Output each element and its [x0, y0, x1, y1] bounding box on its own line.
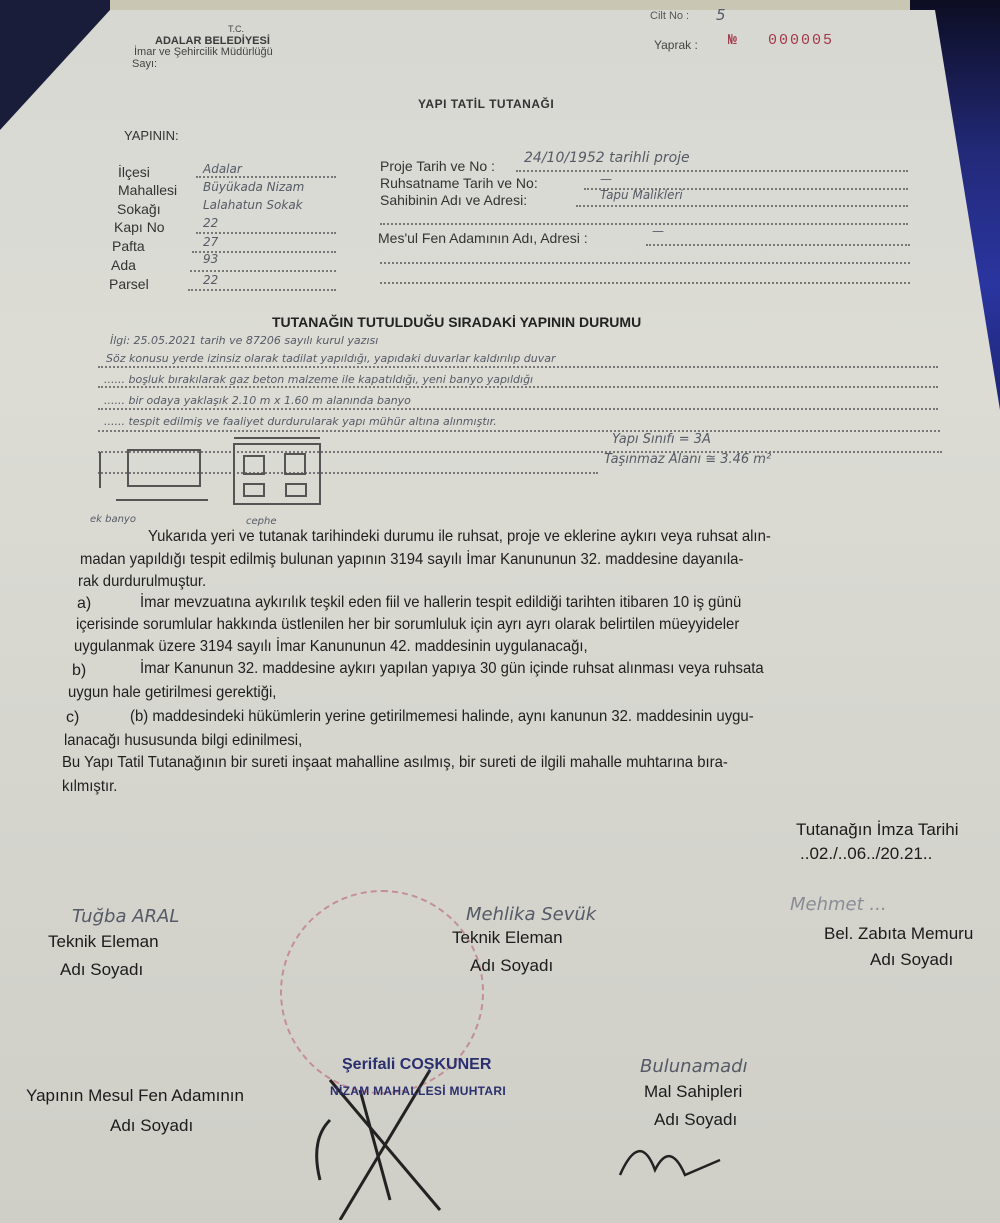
note-line: ...... bir odaya yaklaşık 2.10 m x 1.60 … — [104, 394, 411, 407]
signature-role-2: Teknik Eleman — [452, 928, 563, 948]
owner-signature-scribble — [610, 1120, 730, 1190]
intro-line: madan yapıldığı tespit edilmiş bulunan y… — [80, 551, 743, 569]
stamp-title: NİZAM MAHALLESİ MUHTARI — [330, 1084, 506, 1098]
project-value-license: — — [600, 172, 612, 186]
sketch-label-facade: cephe — [246, 516, 277, 527]
field-value-ilce: Adalar — [203, 162, 242, 176]
item-c-line: lanacağı hususunda bilgi edinilmesi, — [64, 732, 302, 750]
project-label-license: Ruhsatname Tarih ve No: — [380, 175, 538, 191]
field-label-ilce: İlçesi — [118, 164, 150, 180]
signature-date-label: Tutanağın İmza Tarihi — [796, 820, 959, 840]
signature-name-label-3: Adı Soyadı — [870, 950, 953, 970]
item-a-line: içerisinde sorumlular hakkında üstlenile… — [76, 616, 739, 634]
field-label-parsel: Parsel — [109, 276, 149, 292]
closing-line: kılmıştır. — [62, 778, 117, 796]
field-label-mahalle: Mahallesi — [118, 182, 177, 198]
field-value-sokak: Lalahatun Sokak — [203, 198, 303, 212]
yaprak-label: Yaprak : — [654, 38, 698, 52]
signature-handwritten-2: Mehlika Sevük — [466, 904, 596, 925]
sketch-label-bath: ek banyo — [90, 514, 136, 525]
signature-handwritten-3: Mehmet ... — [790, 894, 887, 915]
note-area: Taşınmaz Alanı ≅ 3.46 m² — [604, 452, 771, 467]
yaprak-no-symbol: № — [728, 32, 739, 49]
field-value-mahalle: Büyükada Nizam — [203, 180, 304, 194]
field-label-kapi-no: Kapı No — [114, 219, 165, 235]
signature-name-label-4: Adı Soyadı — [110, 1116, 193, 1136]
signature-handwritten-1: Tuğba ARAL — [72, 906, 179, 927]
cilt-label: Cilt No : — [650, 10, 689, 22]
intro-line: rak durdurulmuştur. — [78, 573, 206, 591]
note-line: Söz konusu yerde izinsiz olarak tadilat … — [106, 352, 556, 365]
note-building-class: Yapı Sınıfı = 3A — [612, 432, 711, 447]
project-value-owner: Tapu Malikleri — [600, 188, 683, 202]
item-marker-c: c) — [66, 709, 79, 727]
field-value-pafta: 27 — [203, 235, 218, 249]
item-marker-b: b) — [72, 662, 86, 680]
intro-line: Yukarıda yeri ve tutanak tarihindeki dur… — [148, 528, 771, 546]
item-c-line: (b) maddesindeki hükümlerin yerine getir… — [130, 708, 754, 726]
document-title: YAPI TATİL TUTANAĞI — [418, 97, 554, 111]
project-label-owner: Sahibinin Adı ve Adresi: — [380, 192, 527, 208]
closing-line: Bu Yapı Tatil Tutanağının bir sureti inş… — [62, 754, 728, 772]
field-value-ada: 93 — [203, 252, 218, 266]
signature-name-label-1: Adı Soyadı — [60, 960, 143, 980]
status-section-heading: TUTANAĞIN TUTULDUĞU SIRADAKİ YAPININ DUR… — [272, 314, 641, 330]
item-b-line: uygun hale getirilmesi gerektiği, — [68, 684, 276, 702]
project-value-date: 24/10/1952 tarihli proje — [524, 150, 690, 166]
yaprak-number: 000005 — [768, 32, 834, 49]
building-section-label: YAPININ: — [124, 128, 179, 143]
signature-handwritten-5: Bulunamadı — [640, 1056, 748, 1077]
item-a-line: uygulanmak üzere 3194 sayılı İmar Kanunu… — [74, 638, 588, 656]
item-b-line: İmar Kanunun 32. maddesine aykırı yapıla… — [140, 660, 764, 678]
sayi-label: Sayı: — [132, 58, 157, 70]
note-line: ...... tespit edilmiş ve faaliyet durdur… — [104, 415, 497, 428]
field-value-parsel: 22 — [203, 273, 218, 287]
cilt-value: 5 — [716, 6, 726, 24]
signature-role-5: Mal Sahipleri — [644, 1082, 742, 1102]
item-a-line: İmar mevzuatına aykırılık teşkil eden fi… — [140, 594, 741, 612]
note-line: İlgi: 25.05.2021 tarih ve 87206 sayılı k… — [110, 334, 378, 347]
project-label-date: Proje Tarih ve No : — [380, 158, 495, 174]
signature-role-1: Teknik Eleman — [48, 932, 159, 952]
project-label-engineer: Mes'ul Fen Adamının Adı, Adresi : — [378, 230, 588, 246]
project-value-engineer: — — [652, 224, 664, 238]
signature-role-3: Bel. Zabıta Memuru — [824, 924, 973, 944]
field-label-sokak: Sokağı — [117, 201, 161, 217]
stamp-name: Şerifali COŞKUNER — [342, 1056, 491, 1074]
note-line: ...... boşluk bırakılarak gaz beton malz… — [104, 373, 533, 386]
floor-plan-sketch — [90, 436, 330, 526]
department-name: İmar ve Şehircilik Müdürlüğü — [134, 46, 273, 58]
item-marker-a: a) — [77, 595, 91, 613]
field-value-kapi-no: 22 — [203, 216, 218, 230]
signature-date-value: ..02./..06../20.21.. — [800, 844, 932, 864]
field-label-pafta: Pafta — [112, 238, 145, 254]
signature-role-4: Yapının Mesul Fen Adamının — [26, 1086, 244, 1106]
field-label-ada: Ada — [111, 257, 136, 273]
signature-name-label-2: Adı Soyadı — [470, 956, 553, 976]
tc-label: T.C. — [228, 24, 244, 34]
